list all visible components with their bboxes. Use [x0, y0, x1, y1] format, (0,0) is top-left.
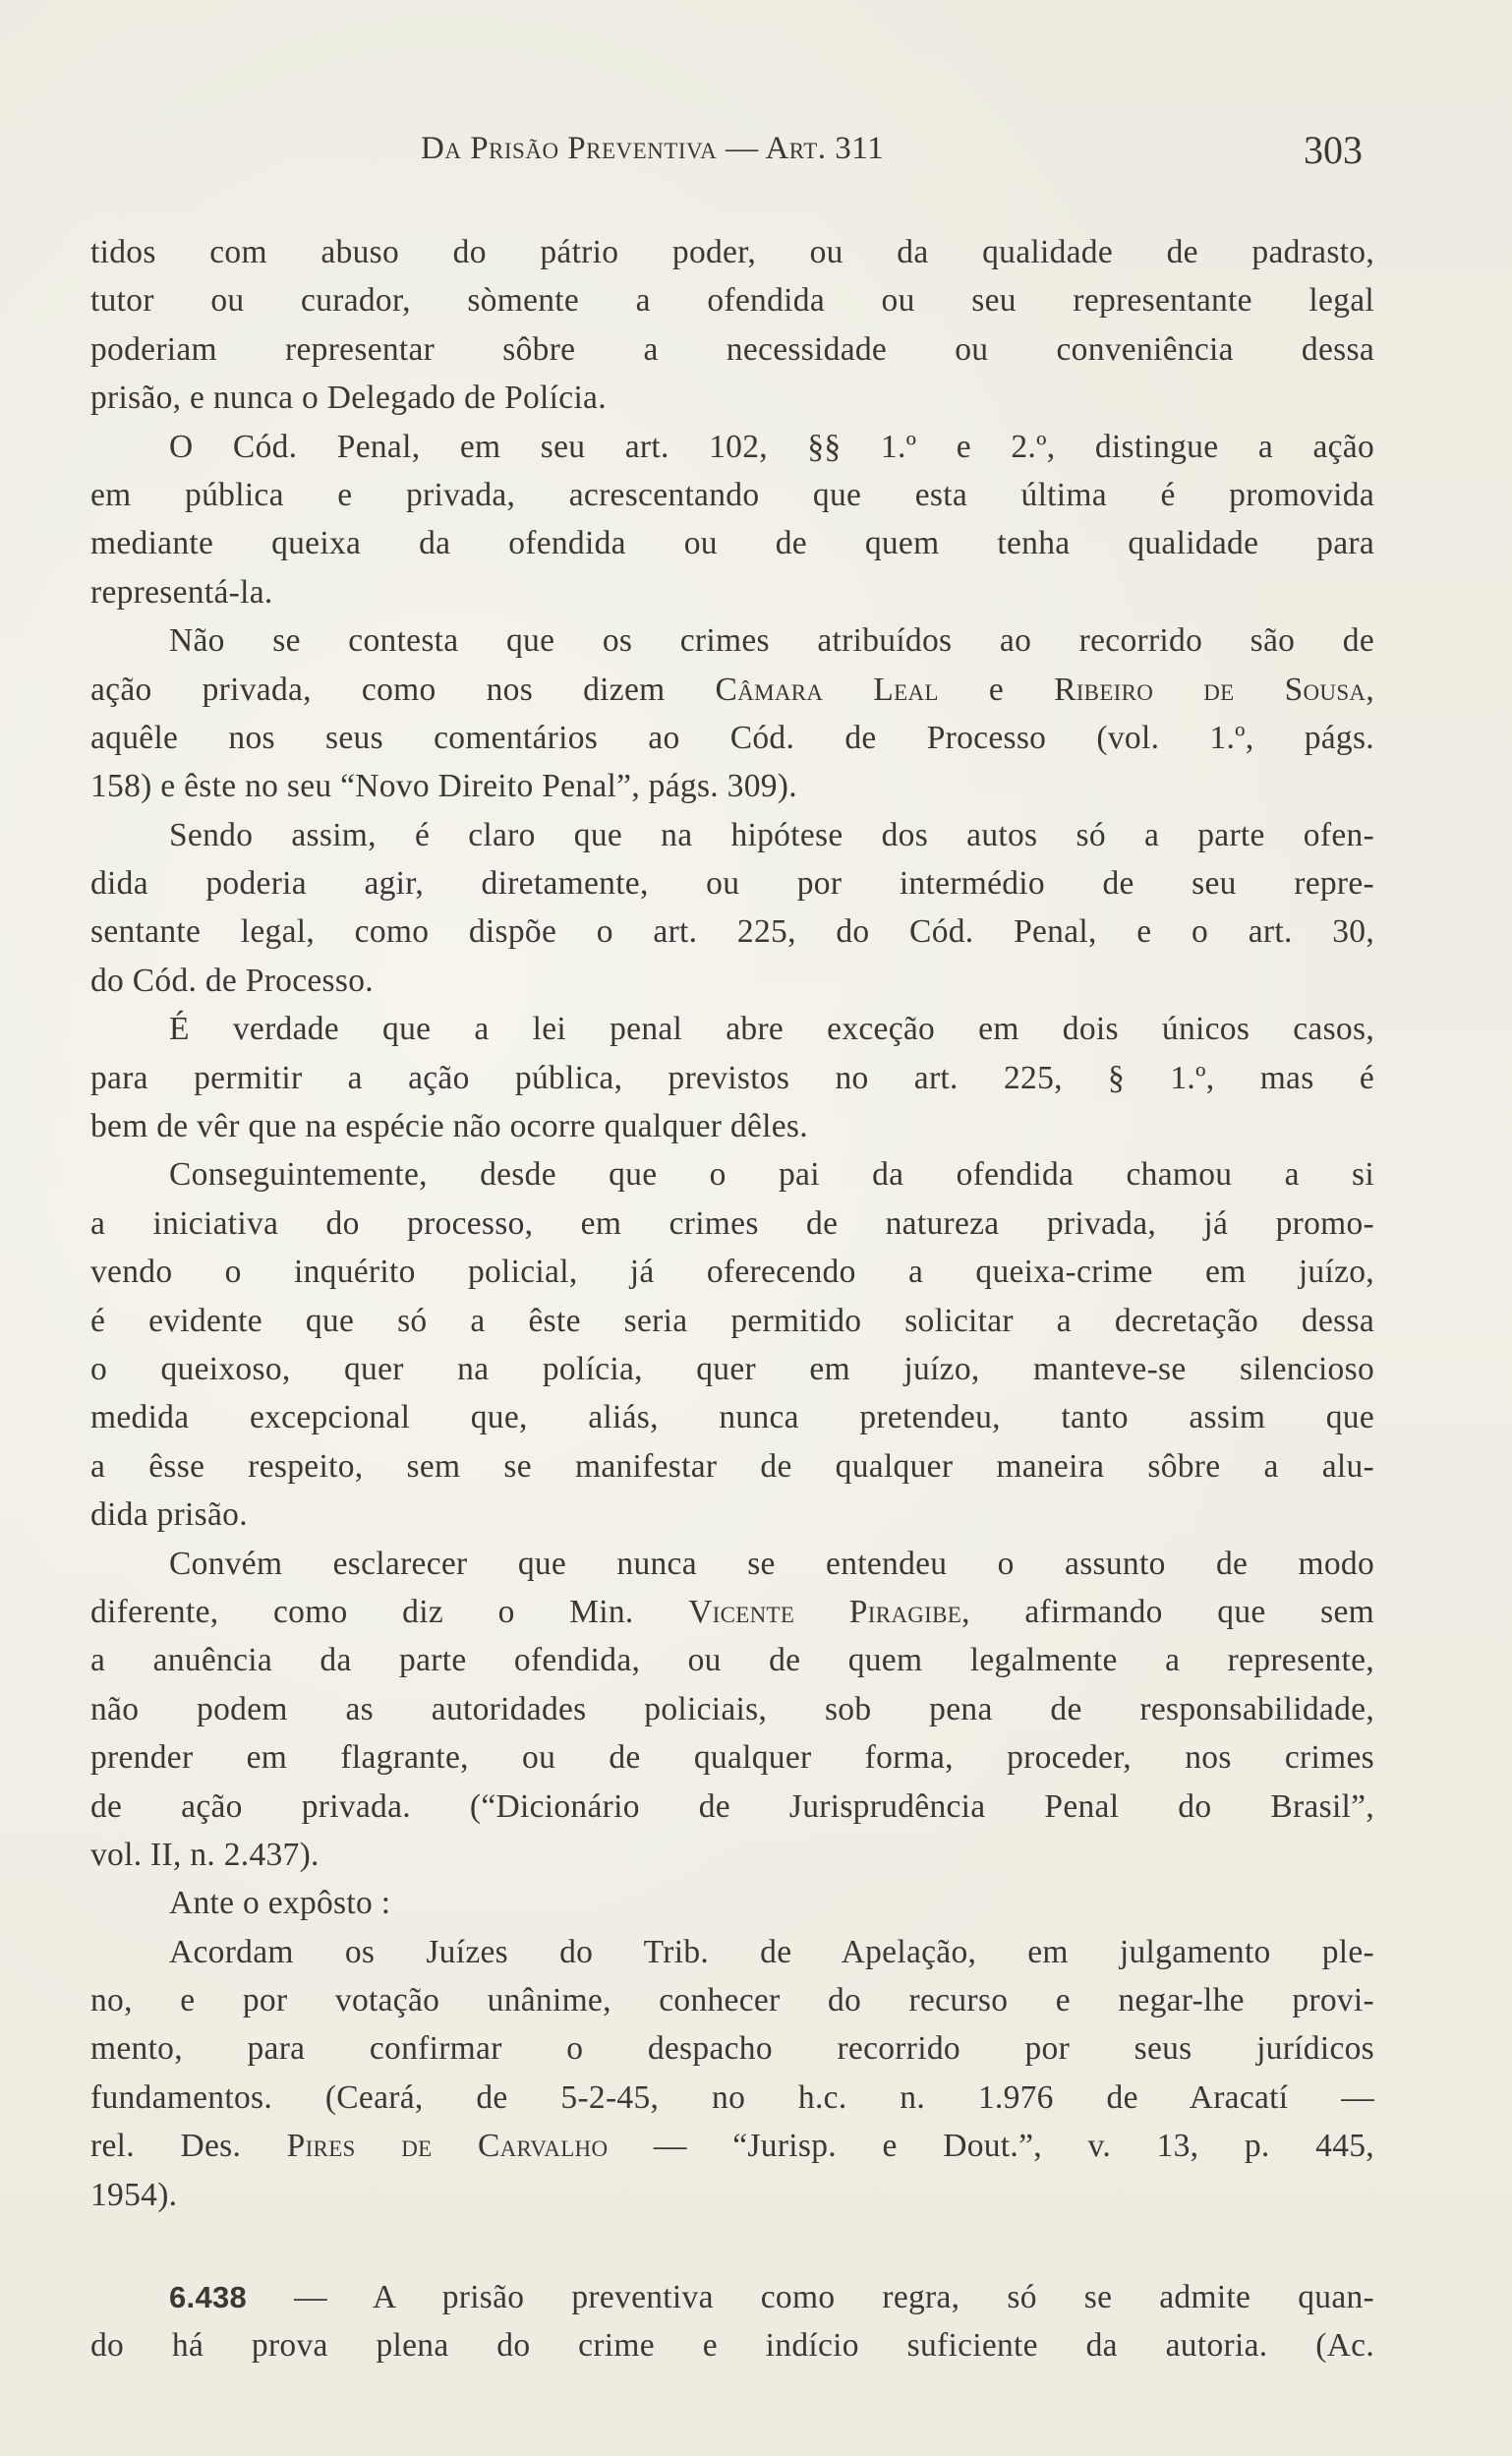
paragraph-start-line: Acordam os Juízes do Trib. de Apelação, …: [90, 1928, 1374, 1976]
text-line: para permitir a ação pública, previstos …: [90, 1054, 1374, 1102]
text-fragment: rel. Des.: [90, 2128, 287, 2164]
text-fragment: ação privada, como nos dizem: [90, 672, 716, 708]
author-name: Pires de Carvalho: [287, 2128, 609, 2164]
text-line: a iniciativa do processo, em crimes de n…: [90, 1199, 1374, 1248]
paragraph-number: 6.438: [169, 2280, 247, 2314]
book-page: Da Prisão Preventiva — Art. 311 303 tido…: [0, 0, 1512, 2456]
paragraph-start-line: Não se contesta que os crimes atribuídos…: [90, 616, 1374, 665]
text-fragment: ,: [1366, 672, 1374, 708]
text-line: vendo o inquérito policial, já oferecend…: [90, 1248, 1374, 1296]
paragraph-start-line: Conseguintemente, desde que o pai da ofe…: [90, 1150, 1374, 1199]
text-line: a anuência da parte ofendida, ou de quem…: [90, 1636, 1374, 1684]
text-line: rel. Des. Pires de Carvalho — “Jurisp. e…: [90, 2122, 1374, 2170]
paragraph-start-line: 6.438 — A prisão preventiva como regra, …: [90, 2273, 1374, 2321]
text-line: tutor ou curador, sòmente a ofendida ou …: [90, 276, 1374, 324]
running-title: Da Prisão Preventiva — Art. 311: [421, 131, 884, 167]
text-line: tidos com abuso do pátrio poder, ou da q…: [90, 228, 1374, 276]
text-line: prender em flagrante, ou de qualquer for…: [90, 1733, 1374, 1782]
text-line: prisão, e nunca o Delegado de Polícia.: [90, 374, 1374, 422]
text-line: representá-la.: [90, 568, 1374, 616]
text-line: ação privada, como nos dizem Câmara Leal…: [90, 666, 1374, 714]
text-fragment: — “Jurisp. e Dout.”, v. 13, p. 445,: [608, 2128, 1374, 2164]
text-line: a êsse respeito, sem se manifestar de qu…: [90, 1442, 1374, 1491]
text-line: mento, para confirmar o despacho recorri…: [90, 2024, 1374, 2073]
text-line: em pública e privada, acrescentando que …: [90, 471, 1374, 519]
text-fragment: e: [939, 672, 1054, 708]
text-line: de ação privada. (“Dicionário de Jurispr…: [90, 1783, 1374, 1831]
text-line: fundamentos. (Ceará, de 5-2-45, no h.c. …: [90, 2074, 1374, 2122]
text-line: 158) e êste no seu “Novo Direito Penal”,…: [90, 762, 1374, 810]
author-name: Ribeiro de Sousa: [1054, 672, 1366, 708]
text-line: não podem as autoridades policiais, sob …: [90, 1685, 1374, 1733]
text-fragment: diferente, como diz o Min.: [90, 1594, 688, 1630]
text-line: diferente, como diz o Min. Vicente Pirag…: [90, 1588, 1374, 1636]
section-gap: [90, 2219, 1374, 2273]
page-number: 303: [1304, 127, 1363, 173]
text-line: sentante legal, como dispõe o art. 225, …: [90, 907, 1374, 956]
paragraph-start-line: É verdade que a lei penal abre exceção e…: [90, 1005, 1374, 1053]
text-line: é evidente que só a êste seria permitido…: [90, 1297, 1374, 1345]
text-line: do há prova plena do crime e indício suf…: [90, 2321, 1374, 2369]
paragraph-start-line: Convém esclarecer que nunca se entendeu …: [90, 1540, 1374, 1588]
paragraph-start-line: O Cód. Penal, em seu art. 102, §§ 1.º e …: [90, 423, 1374, 471]
text-line: poderiam representar sôbre a necessidade…: [90, 325, 1374, 374]
text-line: aquêle nos seus comentários ao Cód. de P…: [90, 714, 1374, 762]
paragraph-start-line: Ante o expôsto :: [90, 1879, 1374, 1927]
running-header: Da Prisão Preventiva — Art. 311 303: [0, 131, 1512, 180]
text-line: mediante queixa da ofendida ou de quem t…: [90, 519, 1374, 567]
text-line: 1954).: [90, 2171, 1374, 2219]
paragraph-start-line: Sendo assim, é claro que na hipótese dos…: [90, 811, 1374, 859]
text-line: vol. II, n. 2.437).: [90, 1831, 1374, 1879]
body-text: tidos com abuso do pátrio poder, ou da q…: [90, 228, 1374, 2370]
text-line: bem de vêr que na espécie não ocorre qua…: [90, 1102, 1374, 1150]
text-line: medida excepcional que, aliás, nunca pre…: [90, 1393, 1374, 1441]
text-line: dida poderia agir, diretamente, ou por i…: [90, 859, 1374, 907]
text-fragment: — A prisão preventiva como regra, só se …: [247, 2279, 1374, 2315]
text-fragment: , afirmando que sem: [961, 1594, 1374, 1630]
author-name: Vicente Piragibe: [688, 1594, 961, 1630]
text-line: no, e por votação unânime, conhecer do r…: [90, 1976, 1374, 2024]
author-name: Câmara Leal: [716, 672, 939, 708]
text-line: o queixoso, quer na polícia, quer em juí…: [90, 1345, 1374, 1393]
text-line: dida prisão.: [90, 1491, 1374, 1539]
text-line: do Cód. de Processo.: [90, 957, 1374, 1005]
